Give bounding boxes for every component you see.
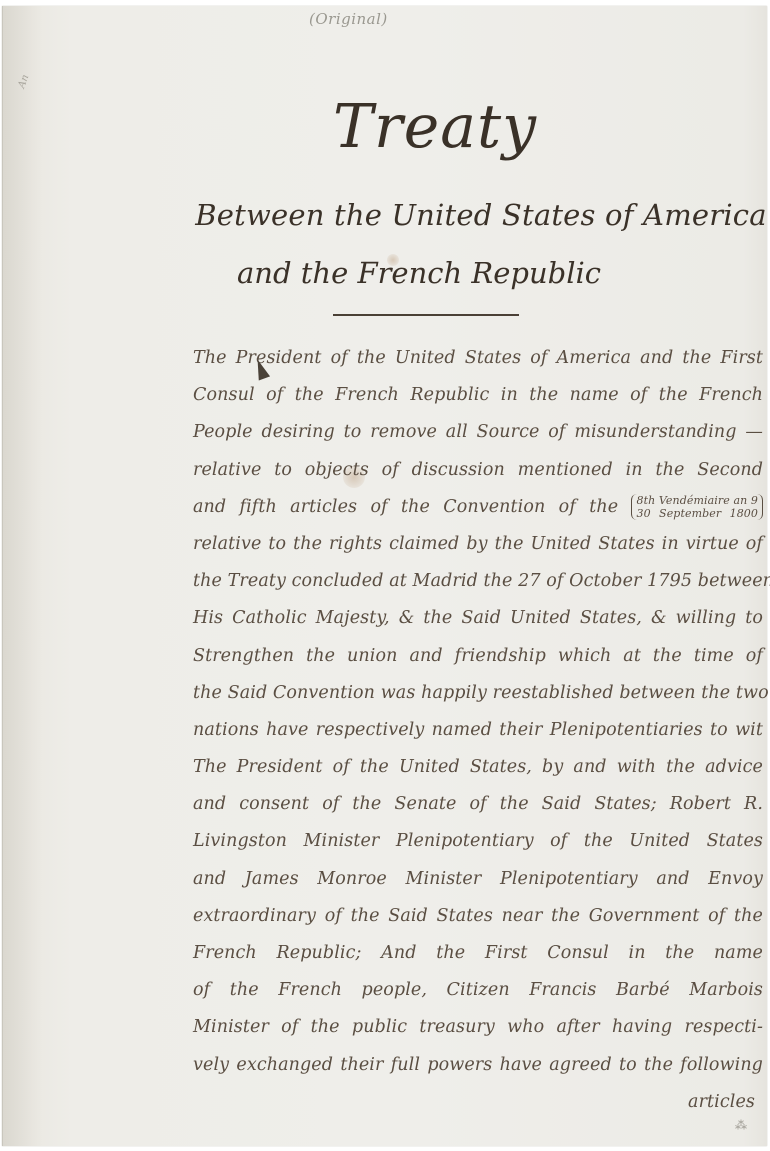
text-line: and fifth articles of the Convention of … xyxy=(193,489,763,526)
text-line: French Republic; And the First Consul in… xyxy=(193,935,763,972)
text-line: Strengthen the union and friendship whic… xyxy=(193,638,763,675)
text-line: relative to objects of discussion mentio… xyxy=(193,452,763,489)
text-line: articles xyxy=(193,1084,763,1121)
document-page: (Original) An Treaty Between the United … xyxy=(2,6,767,1146)
text-line: vely exchanged their full powers have ag… xyxy=(193,1047,763,1084)
document-subtitle-line1: Between the United States of America xyxy=(99,198,770,232)
text-line: Livingston Minister Plenipotentiary of t… xyxy=(193,823,763,860)
treaty-preamble: The President of the United States of Am… xyxy=(193,340,763,1121)
text-line: The President of the United States, by a… xyxy=(193,749,763,786)
text-line: relative to the rights claimed by the Un… xyxy=(193,526,763,563)
text-line: extraordinary of the Said States near th… xyxy=(193,898,763,935)
text-line: Minister of the public treasury who afte… xyxy=(193,1009,763,1046)
text-line: The President of the United States of Am… xyxy=(193,340,763,377)
text-line-part: and fifth articles of the Convention of … xyxy=(193,497,618,517)
text-line: His Catholic Majesty, & the Said United … xyxy=(193,600,763,637)
text-line: of the French people, Citizen Francis Ba… xyxy=(193,972,763,1009)
text-line: People desiring to remove all Source of … xyxy=(193,414,763,451)
corner-mark: ⁂ xyxy=(735,1118,747,1132)
bracket-note-line2: 30 September 1800 xyxy=(636,507,758,520)
text-line: Consul of the French Republic in the nam… xyxy=(193,377,763,414)
title-divider xyxy=(333,314,519,316)
margin-note: An xyxy=(16,73,31,90)
document-subtitle-line2: and the French Republic xyxy=(37,256,770,290)
date-bracket-note: 8th Vendémiaire an 9 30 September 1800 xyxy=(631,494,763,520)
text-line: nations have respectively named their Pl… xyxy=(193,712,763,749)
bracket-note-line1: 8th Vendémiaire an 9 xyxy=(636,494,758,507)
text-line: and James Monroe Minister Plenipotentiar… xyxy=(193,861,763,898)
text-line: the Treaty concluded at Madrid the 27 of… xyxy=(193,563,763,600)
text-line: and consent of the Senate of the Said St… xyxy=(193,786,763,823)
archival-note: (Original) xyxy=(309,10,388,28)
document-title: Treaty xyxy=(53,92,770,162)
text-line: the Said Convention was happily reestabl… xyxy=(193,675,763,712)
